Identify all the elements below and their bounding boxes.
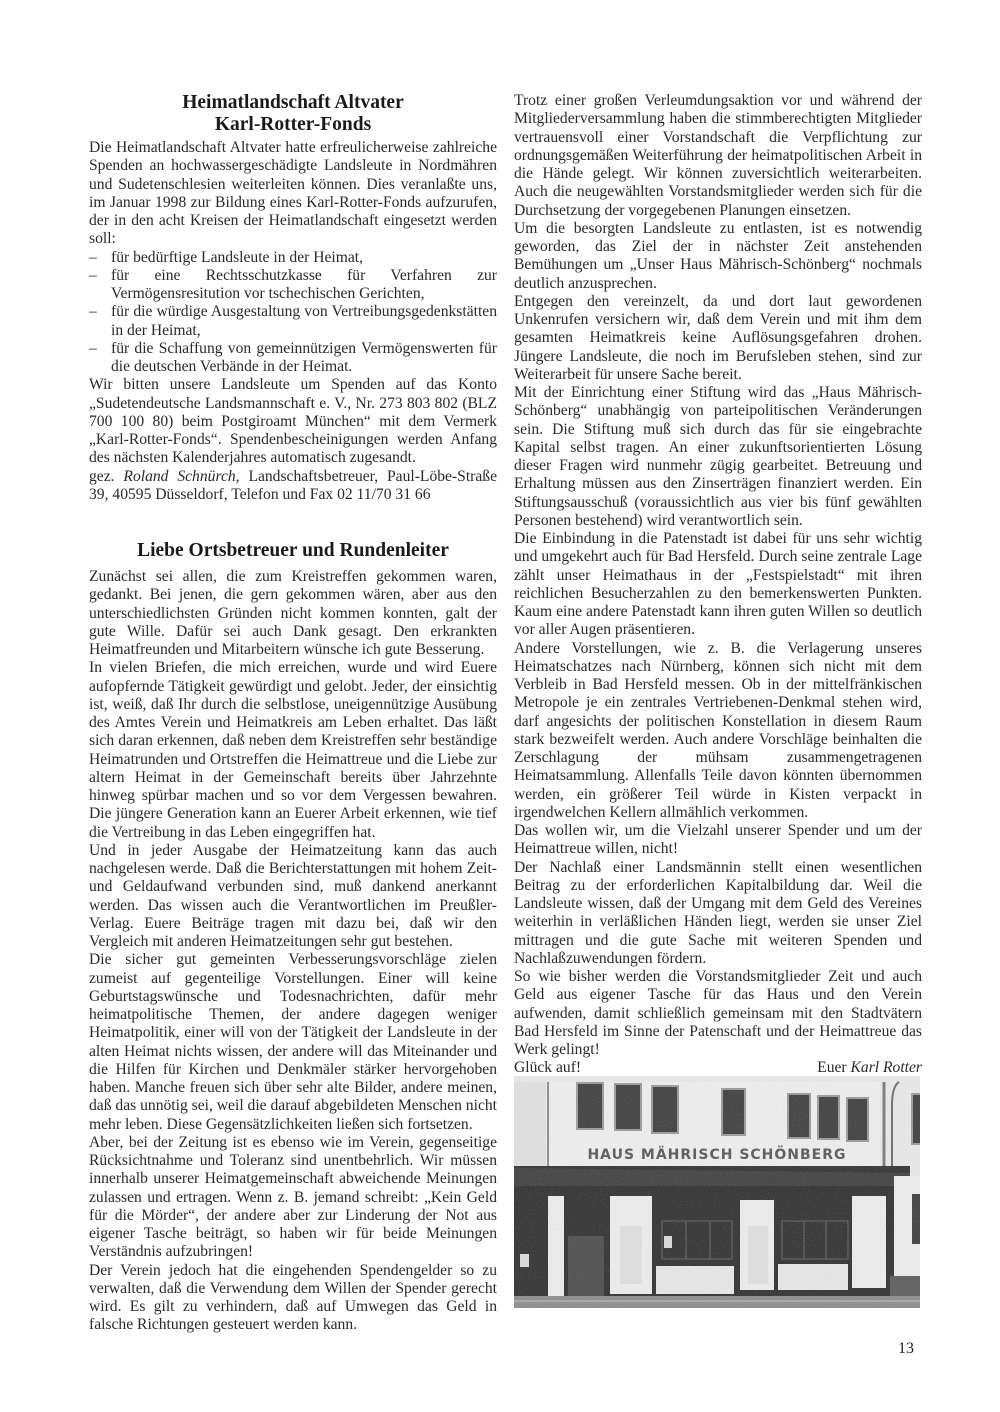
paragraph: Die sicher gut gemeinten Verbesserungsvo…	[89, 951, 497, 1134]
right-column: Trotz einer großen Verleumdungsaktion vo…	[514, 92, 922, 1078]
paragraph: Entgegen den vereinzelt, da und dort lau…	[514, 293, 922, 384]
closing-prefix: Euer	[817, 1059, 850, 1076]
paragraph: Aber, bei der Zeitung ist es ebenso wie …	[89, 1134, 497, 1262]
signoff: Glück auf! Euer Karl Rotter	[514, 1059, 922, 1077]
list-item: für die würdige Ausgestaltung von Vertre…	[89, 303, 497, 340]
paragraph: Der Nachlaß einer Landsmännin stellt ein…	[514, 859, 922, 969]
closing-signature: Euer Karl Rotter	[817, 1059, 922, 1077]
paragraph: Mit der Einrichtung einer Stiftung wird …	[514, 384, 922, 530]
list-item: für die Schaffung von gemeinnützigen Ver…	[89, 340, 497, 377]
signature-prefix: gez.	[89, 468, 123, 485]
article-title-heimatlandschaft: Heimatlandschaft Altvater Karl-Rotter-Fo…	[89, 92, 497, 136]
author-name: Karl Rotter	[851, 1059, 922, 1076]
building-photo: HAUS MÄHRISCH SCHÖNBERG	[514, 1076, 920, 1308]
paragraph: Um die besorgten Landsleute zu entlasten…	[514, 220, 922, 293]
title-line-1: Heimatlandschaft Altvater	[182, 92, 404, 113]
haus-maehrisch-schoenberg-facade: HAUS MÄHRISCH SCHÖNBERG	[514, 1076, 920, 1308]
paragraph: In vielen Briefen, die mich erreichen, w…	[89, 659, 497, 842]
paragraph: Und in jeder Ausgabe der Heimatzeitung k…	[89, 842, 497, 952]
donation-appeal: Wir bitten unsere Landsleute um Spenden …	[89, 376, 497, 467]
paragraph: So wie bisher werden die Vorstandsmitgli…	[514, 968, 922, 1059]
article-title-ortsbetreuer: Liebe Ortsbetreuer und Rundenleiter	[89, 540, 497, 562]
paragraph: Trotz einer großen Verleumdungsaktion vo…	[514, 92, 922, 220]
list-item: für bedürftige Landsleute in der Heimat,	[89, 249, 497, 267]
paragraph: Zunächst sei allen, die zum Kreistreffen…	[89, 568, 497, 659]
title-line-2: Karl-Rotter-Fonds	[215, 114, 371, 135]
signature-name: Roland Schnürch,	[123, 468, 239, 485]
paragraph: Andere Vorstellungen, wie z. B. die Verl…	[514, 640, 922, 823]
left-column: Heimatlandschaft Altvater Karl-Rotter-Fo…	[89, 92, 497, 1335]
paragraph: Die Einbindung in die Patenstadt ist dab…	[514, 530, 922, 640]
closing-greeting: Glück auf!	[514, 1059, 581, 1077]
purpose-list: für bedürftige Landsleute in der Heimat,…	[89, 249, 497, 377]
page-number: 13	[898, 1340, 914, 1358]
signature: gez. Roland Schnürch, Landschaftsbetreue…	[89, 468, 497, 505]
paragraph: Das wollen wir, um die Vielzahl unserer …	[514, 822, 922, 859]
list-item: für eine Rechtsschutzkasse für Verfahren…	[89, 267, 497, 304]
paragraph: Der Verein jedoch hat die eingehenden Sp…	[89, 1262, 497, 1335]
article-intro: Die Heimatlandschaft Altvater hatte erfr…	[89, 139, 497, 249]
